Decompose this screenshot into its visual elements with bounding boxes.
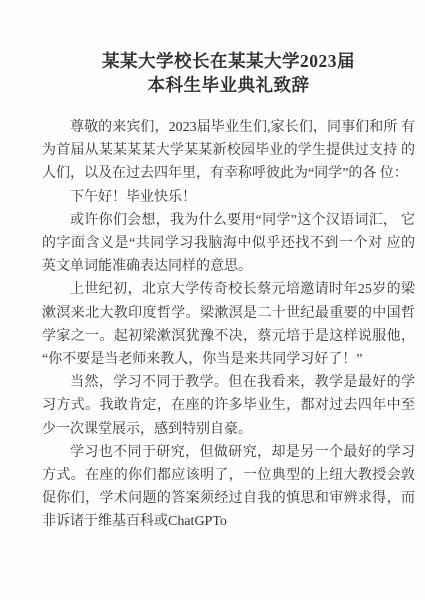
paragraph: 学习也不同于研究，但做研究，却是另一个最好的学习 方式。在座的你们都应该明了，一…	[42, 441, 415, 534]
title-line-2: 本科生毕业典礼致辞	[42, 74, 415, 98]
document-body: 尊敬的来宾们，2023届毕业生们,家长们，同事们和所 有为首届从某某某某大学某某…	[42, 116, 415, 534]
paragraph: 尊敬的来宾们，2023届毕业生们,家长们，同事们和所 有为首届从某某某某大学某某…	[42, 116, 415, 186]
document-page: 某某大学校长在某某大学2023届 本科生毕业典礼致辞 尊敬的来宾们，2023届毕…	[0, 0, 425, 600]
paragraph: 上世纪初，北京大学传奇校长蔡元培邀请时年25岁的梁 漱溟来北大教印度哲学。梁漱溟…	[42, 278, 415, 371]
paragraph: 或许你们会想，我为什么要用“同学”这个汉语词汇， 它的字面含义是“共同学习我脑海…	[42, 209, 415, 279]
paragraph: 当然，学习不同于教学。但在我看来，教学是最好的学 习方式。我敢肯定，在座的许多毕…	[42, 371, 415, 441]
paragraph: 下午好！毕业快乐！	[42, 186, 415, 209]
document-title: 某某大学校长在某某大学2023届 本科生毕业典礼致辞	[42, 50, 415, 97]
title-line-1: 某某大学校长在某某大学2023届	[42, 50, 415, 74]
